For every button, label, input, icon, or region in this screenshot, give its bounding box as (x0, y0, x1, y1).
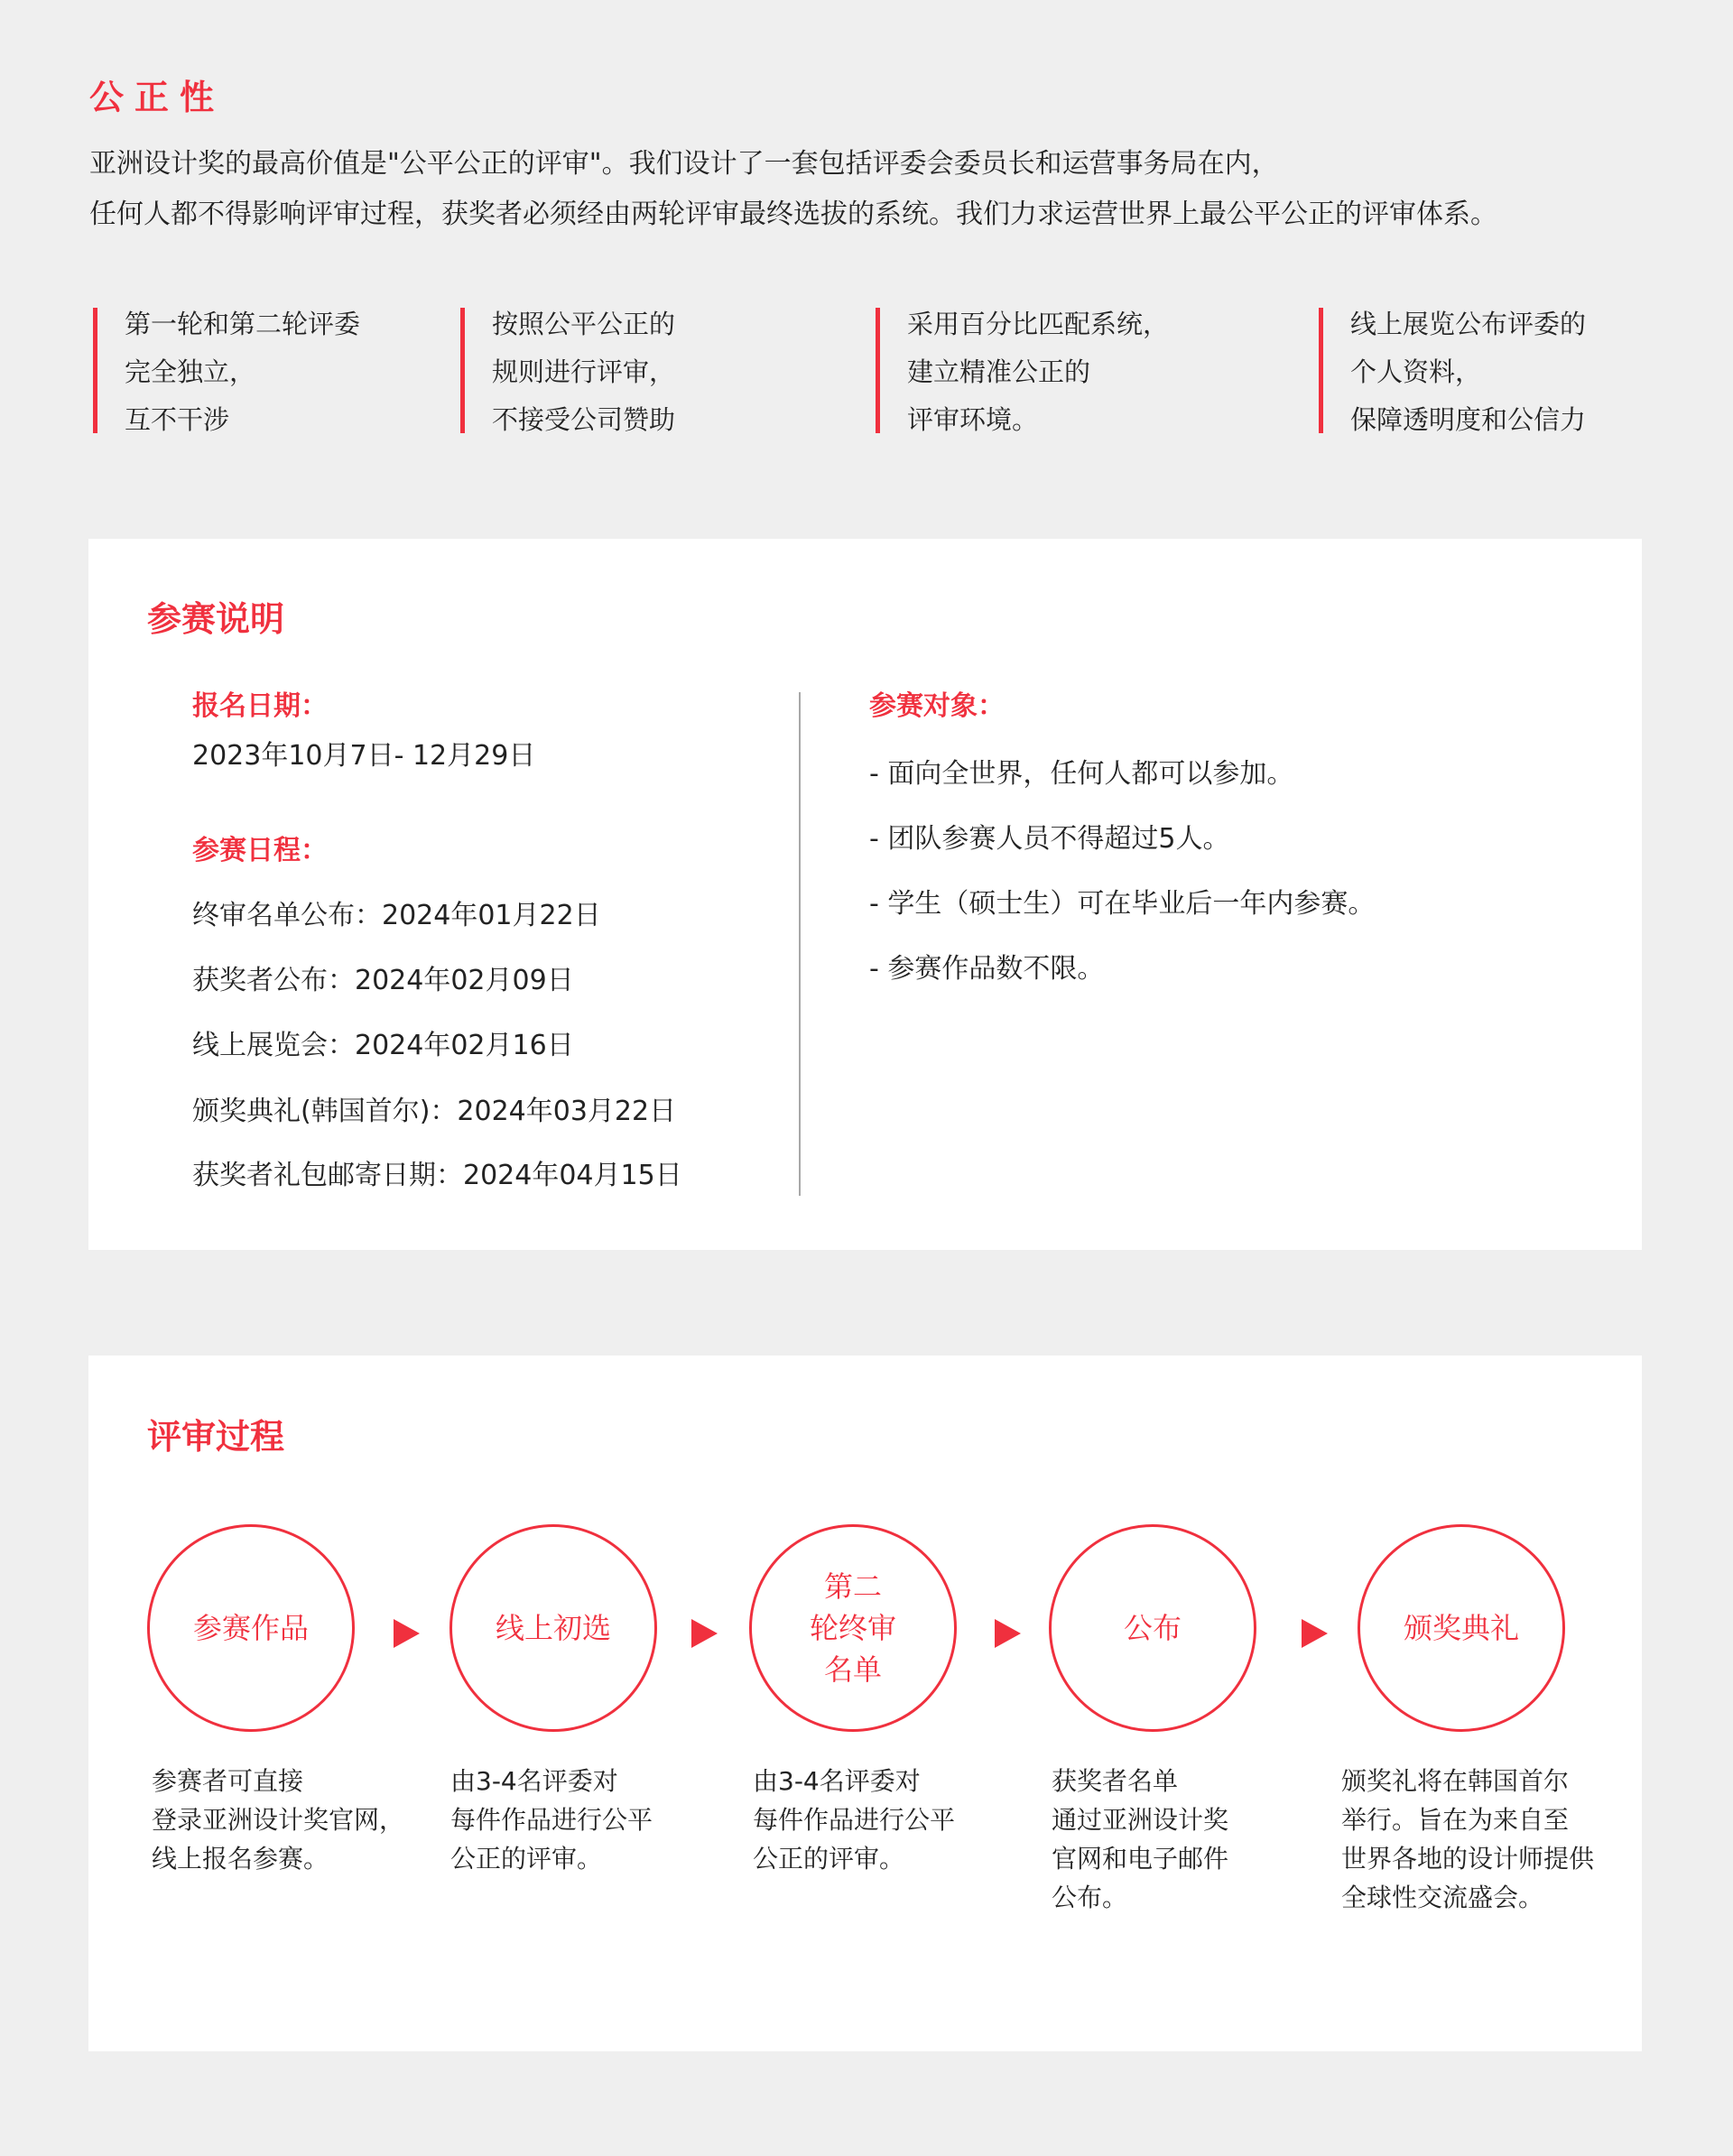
step-name: 颁奖典礼 (1404, 1607, 1519, 1649)
pillar-line: 第一轮和第二轮评委 (125, 306, 360, 356)
step-circle-award-ceremony: 颁奖典礼 (1358, 1524, 1565, 1732)
pillar-line: 评审环境。 (907, 402, 1169, 451)
step-name: 公布 (1124, 1607, 1182, 1649)
pillar-line: 规则进行评审， (492, 354, 675, 403)
pillar-fair-rules: 按照公平公正的 规则进行评审， 不接受公司赞助 (460, 308, 675, 433)
schedule-label: 参赛日程： (192, 833, 328, 869)
step-desc-line: 颁奖礼将在韩国首尔 (1341, 1762, 1594, 1800)
step-desc-line: 全球性交流盛会。 (1341, 1878, 1594, 1917)
pillar-line: 互不干涉 (125, 402, 360, 451)
fairness-intro: 亚洲设计奖的最高价值是"公平公正的评审"。我们设计了一套包括评委会委员长和运营事… (89, 139, 1497, 240)
pillar-line: 个人资料， (1350, 354, 1586, 403)
schedule-item: 线上展览会：2024年02月16日 (192, 1028, 574, 1064)
play-triangle-icon (691, 1619, 718, 1648)
step-desc-online-preliminary: 由3-4名评委对 每件作品进行公平 公正的评审。 (450, 1762, 653, 1878)
schedule-item: 获奖者公布：2024年02月09日 (192, 963, 574, 999)
pillar-percentage-matching: 采用百分比匹配系统， 建立精准公正的 评审环境。 (876, 308, 1169, 433)
entry-info-card (88, 539, 1642, 1250)
pillar-line: 线上展览公布评委的 (1350, 306, 1586, 356)
step-desc-line: 参赛者可直接 (152, 1762, 404, 1800)
pillar-line: 按照公平公正的 (492, 306, 675, 356)
step-desc-line: 公正的评审。 (753, 1839, 955, 1878)
column-divider (799, 692, 801, 1196)
step-desc-announcement: 获奖者名单 通过亚洲设计奖 官网和电子邮件 公布。 (1052, 1762, 1228, 1917)
step-desc-line: 每件作品进行公平 (450, 1800, 653, 1839)
pillar-transparency: 线上展览公布评委的 个人资料， 保障透明度和公信力 (1319, 308, 1586, 433)
entry-info-title: 参赛说明 (147, 597, 284, 641)
step-circle-second-round-finalists: 第二 轮终审 名单 (749, 1524, 957, 1732)
play-triangle-icon (394, 1619, 420, 1648)
step-desc-second-round-finalists: 由3-4名评委对 每件作品进行公平 公正的评审。 (753, 1762, 955, 1878)
play-triangle-icon (1302, 1619, 1328, 1648)
pillar-line: 建立精准公正的 (907, 354, 1169, 403)
intro-line: 任何人都不得影响评审过程，获奖者必须经由两轮评审最终选拔的系统。我们力求运营世界… (89, 190, 1497, 240)
step-desc-line: 由3-4名评委对 (450, 1762, 653, 1800)
step-name: 参赛作品 (193, 1607, 309, 1649)
play-triangle-icon (995, 1619, 1021, 1648)
step-desc-line: 获奖者名单 (1052, 1762, 1228, 1800)
registration-dates: 2023年10月7日- 12月29日 (192, 738, 535, 774)
step-name: 线上初选 (496, 1607, 611, 1649)
step-circle-online-preliminary: 线上初选 (449, 1524, 657, 1732)
eligibility-item: - 团队参赛人员不得超过5人。 (869, 821, 1229, 857)
step-name: 名单 (810, 1649, 896, 1690)
step-circle-announcement: 公布 (1049, 1524, 1256, 1732)
step-name: 第二 (810, 1566, 896, 1607)
pillar-line: 采用百分比匹配系统， (907, 306, 1169, 356)
step-desc-submission: 参赛者可直接 登录亚洲设计奖官网， 线上报名参赛。 (152, 1762, 404, 1878)
eligibility-item: - 参赛作品数不限。 (869, 951, 1104, 987)
pillar-line: 保障透明度和公信力 (1350, 402, 1586, 451)
step-name: 轮终审 (810, 1607, 896, 1649)
step-desc-line: 世界各地的设计师提供 (1341, 1839, 1594, 1878)
intro-line: 亚洲设计奖的最高价值是"公平公正的评审"。我们设计了一套包括评委会委员长和运营事… (89, 139, 1497, 190)
step-desc-line: 举行。旨在为来自至 (1341, 1800, 1594, 1839)
registration-label: 报名日期： (192, 689, 328, 725)
eligibility-label: 参赛对象： (869, 689, 1005, 725)
step-desc-award-ceremony: 颁奖礼将在韩国首尔 举行。旨在为来自至 世界各地的设计师提供 全球性交流盛会。 (1341, 1762, 1594, 1917)
step-circle-submission: 参赛作品 (147, 1524, 355, 1732)
schedule-item: 颁奖典礼(韩国首尔)：2024年03月22日 (192, 1094, 676, 1130)
pillar-line: 不接受公司赞助 (492, 402, 675, 451)
pillar-independent-rounds: 第一轮和第二轮评委 完全独立， 互不干涉 (93, 308, 360, 433)
schedule-item: 获奖者礼包邮寄日期：2024年04月15日 (192, 1158, 682, 1194)
eligibility-item: - 学生（硕士生）可在毕业后一年内参赛。 (869, 886, 1375, 922)
step-desc-line: 登录亚洲设计奖官网， (152, 1800, 404, 1839)
step-desc-line: 公布。 (1052, 1878, 1228, 1917)
step-desc-line: 通过亚洲设计奖 (1052, 1800, 1228, 1839)
step-desc-line: 官网和电子邮件 (1052, 1839, 1228, 1878)
fairness-title: 公正性 (89, 76, 225, 119)
judging-process-title: 评审过程 (147, 1415, 284, 1458)
step-desc-line: 线上报名参赛。 (152, 1839, 404, 1878)
pillar-line: 完全独立， (125, 354, 360, 403)
eligibility-item: - 面向全世界，任何人都可以参加。 (869, 756, 1293, 792)
step-desc-line: 每件作品进行公平 (753, 1800, 955, 1839)
step-desc-line: 公正的评审。 (450, 1839, 653, 1878)
step-desc-line: 由3-4名评委对 (753, 1762, 955, 1800)
schedule-item: 终审名单公布：2024年01月22日 (192, 898, 601, 934)
